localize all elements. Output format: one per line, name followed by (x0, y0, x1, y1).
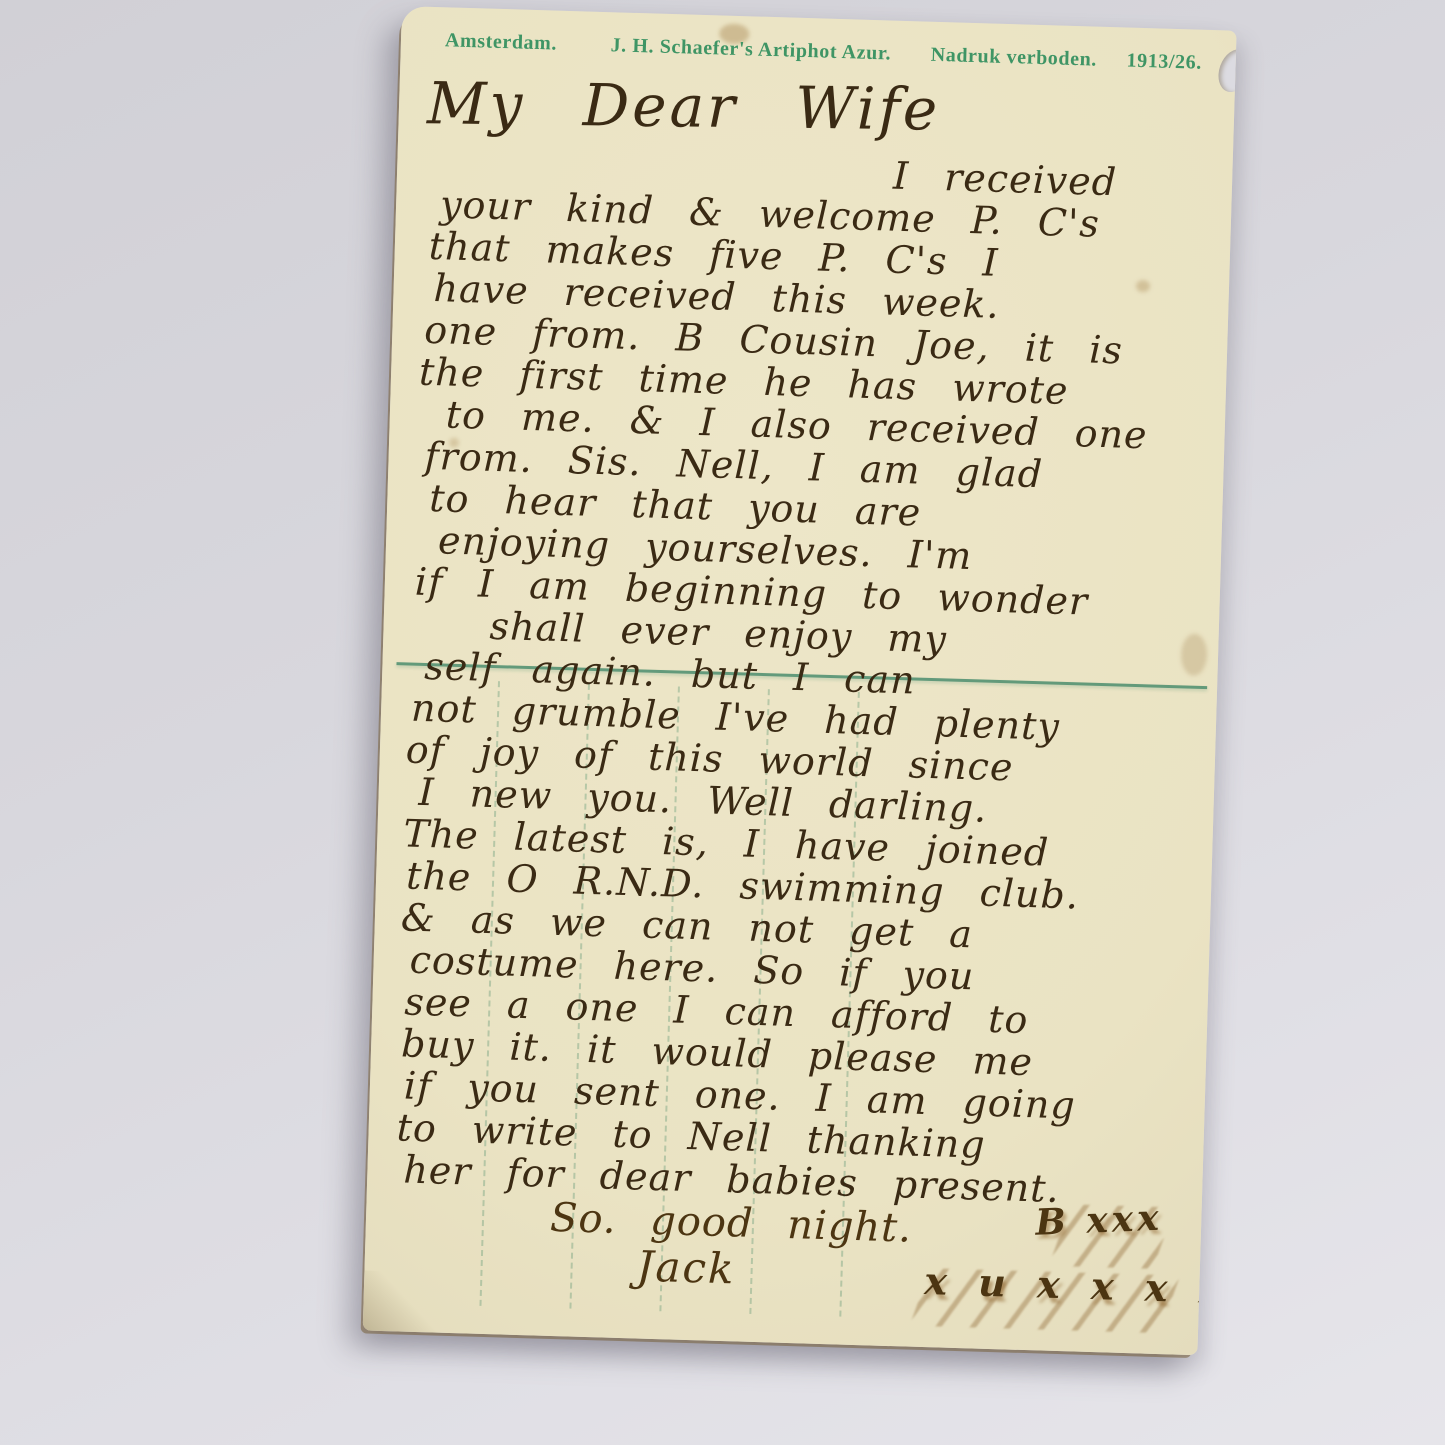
signature: Jack (636, 1242, 736, 1294)
message-body: I receivedyour kind & welcome P. C'sthat… (393, 141, 1222, 1214)
photo-of-postcard: { "photo": { "background_color": "#d8d7d… (0, 0, 1445, 1445)
salutation: My Dear Wife (427, 69, 941, 143)
imprint-publisher: J. H. Schaefer's Artiphot Azur. (610, 34, 891, 65)
imprint-city: Amsterdam. (445, 29, 558, 55)
imprint-series-number: 1913/26. (1126, 50, 1202, 75)
kisses-initial: B xxx (1034, 1197, 1163, 1244)
publisher-imprint: Amsterdam. J. H. Schaefer's Artiphot Azu… (445, 29, 1236, 75)
postcard: Amsterdam. J. H. Schaefer's Artiphot Azu… (363, 6, 1237, 1355)
imprint-notice: Nadruk verboden. (930, 44, 1097, 72)
